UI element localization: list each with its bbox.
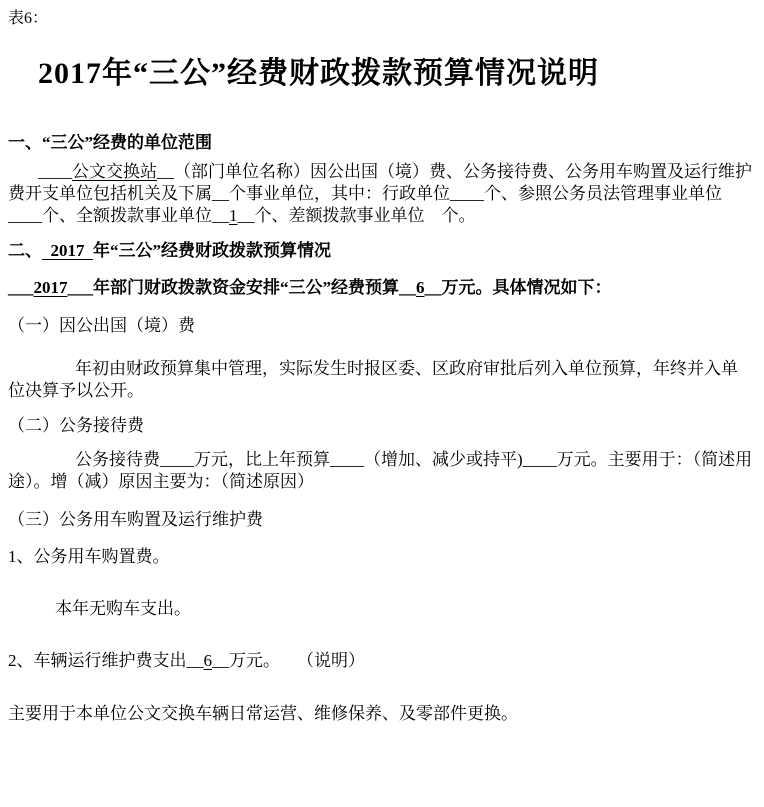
text-segment: 年“三公”经费财政拨款预算情况	[93, 241, 331, 260]
text-segment: __	[399, 278, 416, 297]
text-segment: 个事业单位，其中：行政单位	[229, 184, 450, 203]
text-segment: 万元。具体情况如下：	[442, 278, 612, 297]
text-segment: ___	[68, 278, 94, 297]
text-segment: ____	[8, 206, 42, 225]
text-segment: __	[425, 278, 442, 297]
subsection-1-paragraph: 年初由财政预算集中管理，实际发生时报区委、区政府审批后列入单位预算，年终并入单位…	[8, 358, 754, 402]
section-1-paragraph: ____公文交换站__（部门单位名称）因公出国（境）费、公务接待费、公务用车购置…	[8, 161, 754, 227]
table-label: 表6：	[8, 8, 754, 30]
text-segment: ____	[450, 184, 484, 203]
text-segment: 个、全额拨款事业单位	[42, 206, 212, 225]
item-1-heading: 1、公务用车购置费。	[8, 546, 754, 568]
document-page: 表6： 2017年“三公”经费财政拨款预算情况说明 一、“三公”经费的单位范围 …	[0, 0, 764, 725]
subsection-2-heading: （二）公务接待费	[8, 415, 754, 437]
subsection-1-heading: （一）因公出国（境）费	[8, 315, 754, 337]
text-segment: __	[212, 206, 229, 225]
text-segment: （说明）	[280, 651, 365, 670]
text-segment: __	[157, 162, 174, 181]
filled-blank-value: 2017	[42, 241, 93, 260]
text-segment: 二、	[8, 241, 42, 260]
text-segment: 个。	[442, 206, 476, 225]
text-segment: 万元。	[229, 651, 280, 670]
subsection-3-heading: （三）公务用车购置及运行维护费	[8, 509, 754, 531]
text-segment: 个、参照公务员法管理事业单位	[484, 184, 722, 203]
subsection-2-paragraph: 公务接待费____万元，比上年预算____（增加、减少或持平)____万元。主要…	[8, 449, 754, 493]
filled-blank-value: 6	[204, 651, 213, 670]
text-segment	[425, 206, 442, 225]
section-2-intro: ___2017___年部门财政拨款资金安排“三公”经费预算__6__万元。具体情…	[8, 277, 754, 299]
text-segment: ____	[38, 162, 72, 181]
section-1-heading: 一、“三公”经费的单位范围	[8, 132, 754, 154]
item-2-paragraph: 主要用于本单位公文交换车辆日常运营、维修保养、及零部件更换。	[8, 703, 754, 725]
text-segment: __	[212, 651, 229, 670]
filled-blank-value: 公文交换站	[72, 162, 157, 181]
filled-blank-value: 2017	[34, 278, 68, 297]
filled-blank-value: 6	[416, 278, 425, 297]
text-segment: __	[187, 651, 204, 670]
text-segment: 个、差额拨款事业单位	[255, 206, 425, 225]
text-segment: 2、车辆运行维护费支出	[8, 651, 187, 670]
document-title: 2017年“三公”经费财政拨款预算情况说明	[38, 56, 754, 92]
item-1-paragraph: 本年无购车支出。	[8, 598, 754, 620]
text-segment: ___	[8, 278, 34, 297]
text-segment: __	[238, 206, 255, 225]
section-2-heading: 二、 2017 年“三公”经费财政拨款预算情况	[8, 240, 754, 262]
filled-blank-value: 1	[229, 206, 238, 225]
text-segment: __	[212, 184, 229, 203]
text-segment: 年部门财政拨款资金安排“三公”经费预算	[93, 278, 399, 297]
item-2-heading: 2、车辆运行维护费支出__6__万元。 （说明）	[8, 650, 754, 672]
